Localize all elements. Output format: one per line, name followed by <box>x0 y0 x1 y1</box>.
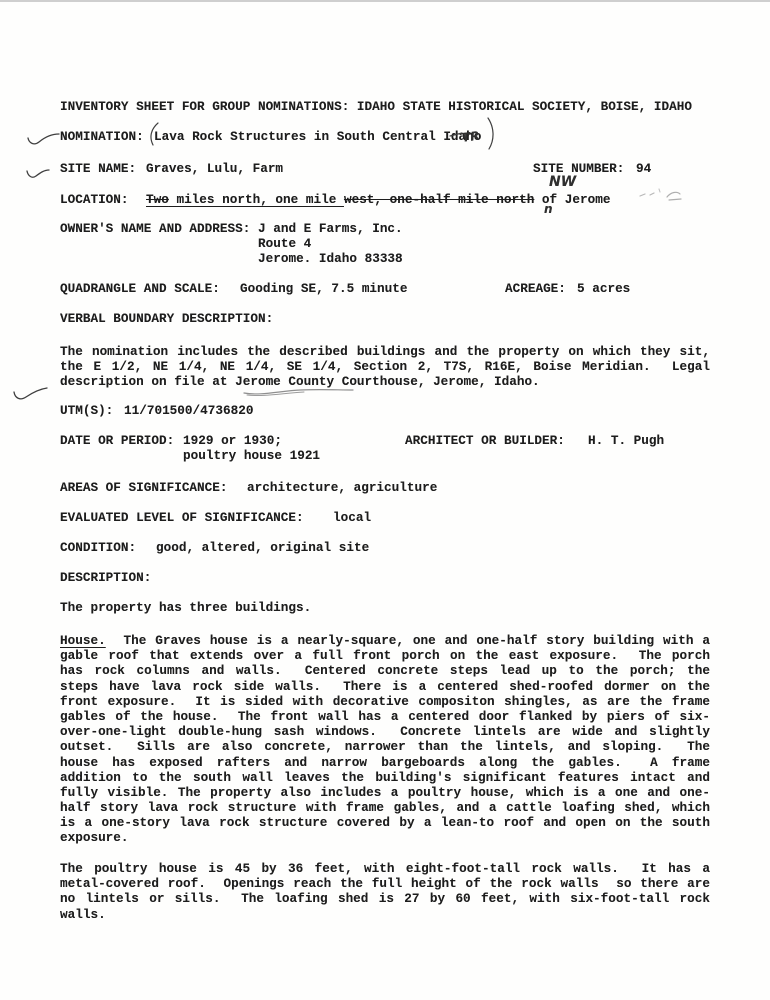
condition-value: good, altered, original site <box>156 540 369 555</box>
pencil-underline-icon <box>244 390 353 394</box>
margin-check-mark-icon <box>27 170 49 177</box>
site-name-value: Graves, Lulu, Farm <box>146 161 283 176</box>
poultry-line: metal-covered roof. Openings reach the f… <box>60 876 710 891</box>
architect-label: ARCHITECT OR BUILDER: <box>405 433 565 448</box>
margin-check-mark-icon <box>14 388 47 399</box>
house-lead-word: House. <box>60 633 106 648</box>
faint-pencil-mark-icon <box>640 194 645 196</box>
date-or-period-value: 1929 or 1930; <box>183 433 282 448</box>
utm-label: UTM(S): <box>60 403 113 418</box>
nomination-value: Lava Rock Structures in South Central Id… <box>154 129 481 144</box>
page-title: INVENTORY SHEET FOR GROUP NOMINATIONS: I… <box>60 99 692 114</box>
inventory-sheet-page: INVENTORY SHEET FOR GROUP NOMINATIONS: I… <box>0 0 770 1000</box>
house-line: has rock columns and walls. Centered con… <box>60 663 710 678</box>
description-label: DESCRIPTION: <box>60 570 151 585</box>
owner-line1: J and E Farms, Inc. <box>258 221 403 236</box>
house-line: over-one-light double-hung sash windows.… <box>60 724 710 739</box>
house-line: exposure. <box>60 830 710 845</box>
house-line: half story lava rock structure with fram… <box>60 800 710 815</box>
poultry-line: no lintels or sills. The loafing shed is… <box>60 891 710 906</box>
house-line: gables of the house. The front wall has … <box>60 709 710 724</box>
utm-value: 11/701500/4736820 <box>124 403 253 418</box>
date-or-period-label: DATE OR PERIOD: <box>60 433 174 448</box>
faint-pencil-mark-icon <box>659 189 660 192</box>
site-number-label: SITE NUMBER: <box>533 161 624 176</box>
condition-label: CONDITION: <box>60 540 136 555</box>
pencil-underline-icon <box>247 392 304 396</box>
handwritten-close-paren-icon <box>488 118 493 149</box>
house-line-first: House. The Graves house is a nearly-squa… <box>60 633 710 648</box>
handwritten-annotations-layer: TR NW n <box>0 0 770 1000</box>
acreage-label: ACREAGE: <box>505 281 566 296</box>
poultry-line: The poultry house is 45 by 36 feet, with… <box>60 861 710 876</box>
house-line: The Graves house is a nearly-square, one… <box>106 633 710 648</box>
margin-check-mark-icon <box>28 134 59 144</box>
nw-annotation: NW <box>549 174 577 190</box>
poultry-paragraph: The poultry house is 45 by 36 feet, with… <box>60 861 710 922</box>
quadrangle-label: QUADRANGLE AND SCALE: <box>60 281 220 296</box>
verbal-boundary-label: VERBAL BOUNDARY DESCRIPTION: <box>60 311 273 326</box>
faint-pencil-mark-icon <box>650 193 654 195</box>
location-struck-phrase: west, one-half mile north <box>344 192 534 207</box>
boundary-line: The nomination includes the described bu… <box>60 344 710 359</box>
quadrangle-value: Gooding SE, 7.5 minute <box>240 281 408 296</box>
site-name-label: SITE NAME: <box>60 161 136 176</box>
house-line: front exposure. It is sided with decorat… <box>60 694 710 709</box>
verbal-boundary-paragraph: The nomination includes the described bu… <box>60 344 710 390</box>
location-tail: of Jerome <box>534 192 610 207</box>
architect-value: H. T. Pugh <box>588 433 664 448</box>
owner-line2: Route 4 <box>258 236 311 251</box>
house-line: steps have lava rock side walls. There i… <box>60 679 710 694</box>
boundary-line: the E 1/2, NE 1/4, NE 1/4, SE 1/4, Secti… <box>60 359 710 374</box>
owner-label: OWNER'S NAME AND ADDRESS: <box>60 221 250 236</box>
acreage-value: 5 acres <box>577 281 630 296</box>
location-value: Two miles north, one mile west, one-half… <box>146 192 610 207</box>
house-line: outset. Sills are also concrete, narrowe… <box>60 739 710 754</box>
areas-label: AREAS OF SIGNIFICANCE: <box>60 480 228 495</box>
evaluated-level-value: local <box>333 510 371 525</box>
site-number-value: 94 <box>636 161 651 176</box>
areas-value: architecture, agriculture <box>247 480 437 495</box>
location-underlined-phrase: miles north, one mile <box>169 192 344 207</box>
date-or-period-value-line2: poultry house 1921 <box>183 448 320 463</box>
location-struck-word: Two <box>146 192 169 207</box>
house-line: fully visible. The property also include… <box>60 785 710 800</box>
boundary-line: description on file at Jerome County Cou… <box>60 374 710 389</box>
house-line: gable roof that extends over a full fron… <box>60 648 710 663</box>
house-paragraph: House. The Graves house is a nearly-squa… <box>60 633 710 846</box>
description-intro: The property has three buildings. <box>60 600 311 615</box>
house-line: is a one-story lava rock structure cover… <box>60 815 710 830</box>
house-line: addition to the south wall leaves the bu… <box>60 770 710 785</box>
scan-top-edge <box>0 0 770 2</box>
evaluated-level-label: EVALUATED LEVEL OF SIGNIFICANCE: <box>60 510 304 525</box>
house-line: house has exposed rafters and narrow bar… <box>60 755 710 770</box>
nomination-label: NOMINATION: <box>60 129 144 144</box>
faint-pencil-scribble-icon <box>667 192 681 200</box>
poultry-line: walls. <box>60 907 710 922</box>
owner-line3: Jerome. Idaho 83338 <box>258 251 403 266</box>
location-label: LOCATION: <box>60 192 129 207</box>
